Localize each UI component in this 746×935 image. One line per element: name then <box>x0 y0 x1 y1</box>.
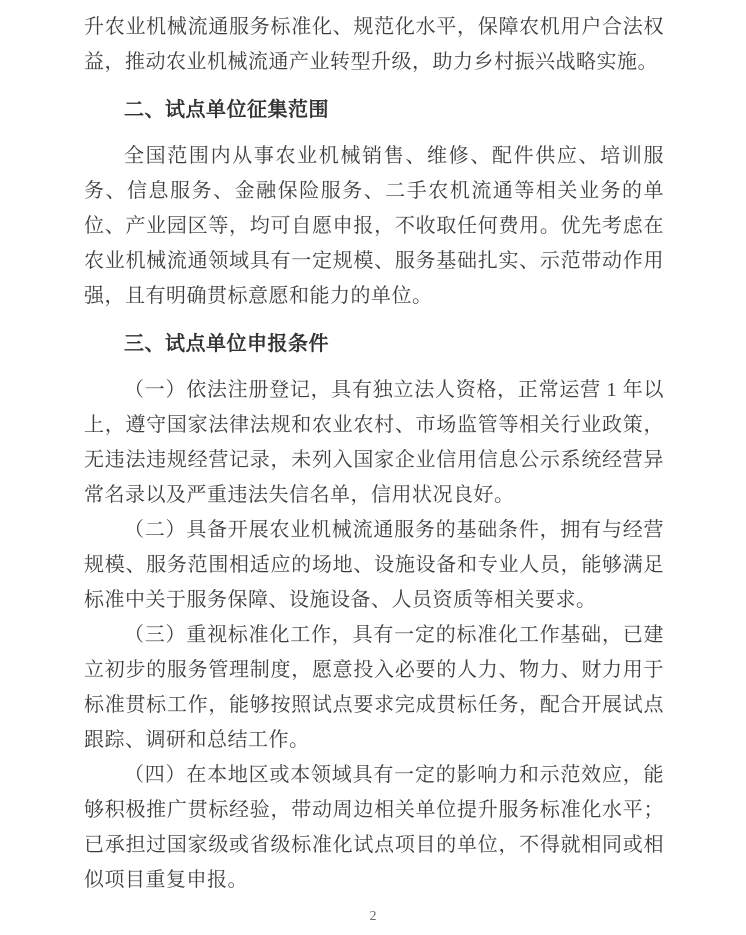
document-page: 升农业机械流通服务标准化、规范化水平，保障农机用户合法权益，推动农业机械流通产业… <box>0 0 746 935</box>
paragraph-condition-3: （三）重视标准化工作，具有一定的标准化工作基础，已建立初步的服务管理制度，愿意投… <box>84 618 664 758</box>
paragraph-condition-1: （一）依法注册登记，具有独立法人资格，正常运营 1 年以上，遵守国家法律法规和农… <box>84 373 664 513</box>
paragraph-continuation: 升农业机械流通服务标准化、规范化水平，保障农机用户合法权益，推动农业机械流通产业… <box>84 10 664 80</box>
section-heading-application-conditions: 三、试点单位申报条件 <box>84 327 664 362</box>
paragraph-condition-2: （二）具备开展农业机械流通服务的基础条件，拥有与经营规模、服务范围相适应的场地、… <box>84 513 664 618</box>
paragraph-condition-4: （四）在本地区或本领域具有一定的影响力和示范效应，能够积极推广贯标经验，带动周边… <box>84 758 664 898</box>
page-number: 2 <box>0 909 746 925</box>
paragraph-collection-scope: 全国范围内从事农业机械销售、维修、配件供应、培训服务、信息服务、金融保险服务、二… <box>84 139 664 314</box>
section-heading-collection-scope: 二、试点单位征集范围 <box>84 93 664 128</box>
